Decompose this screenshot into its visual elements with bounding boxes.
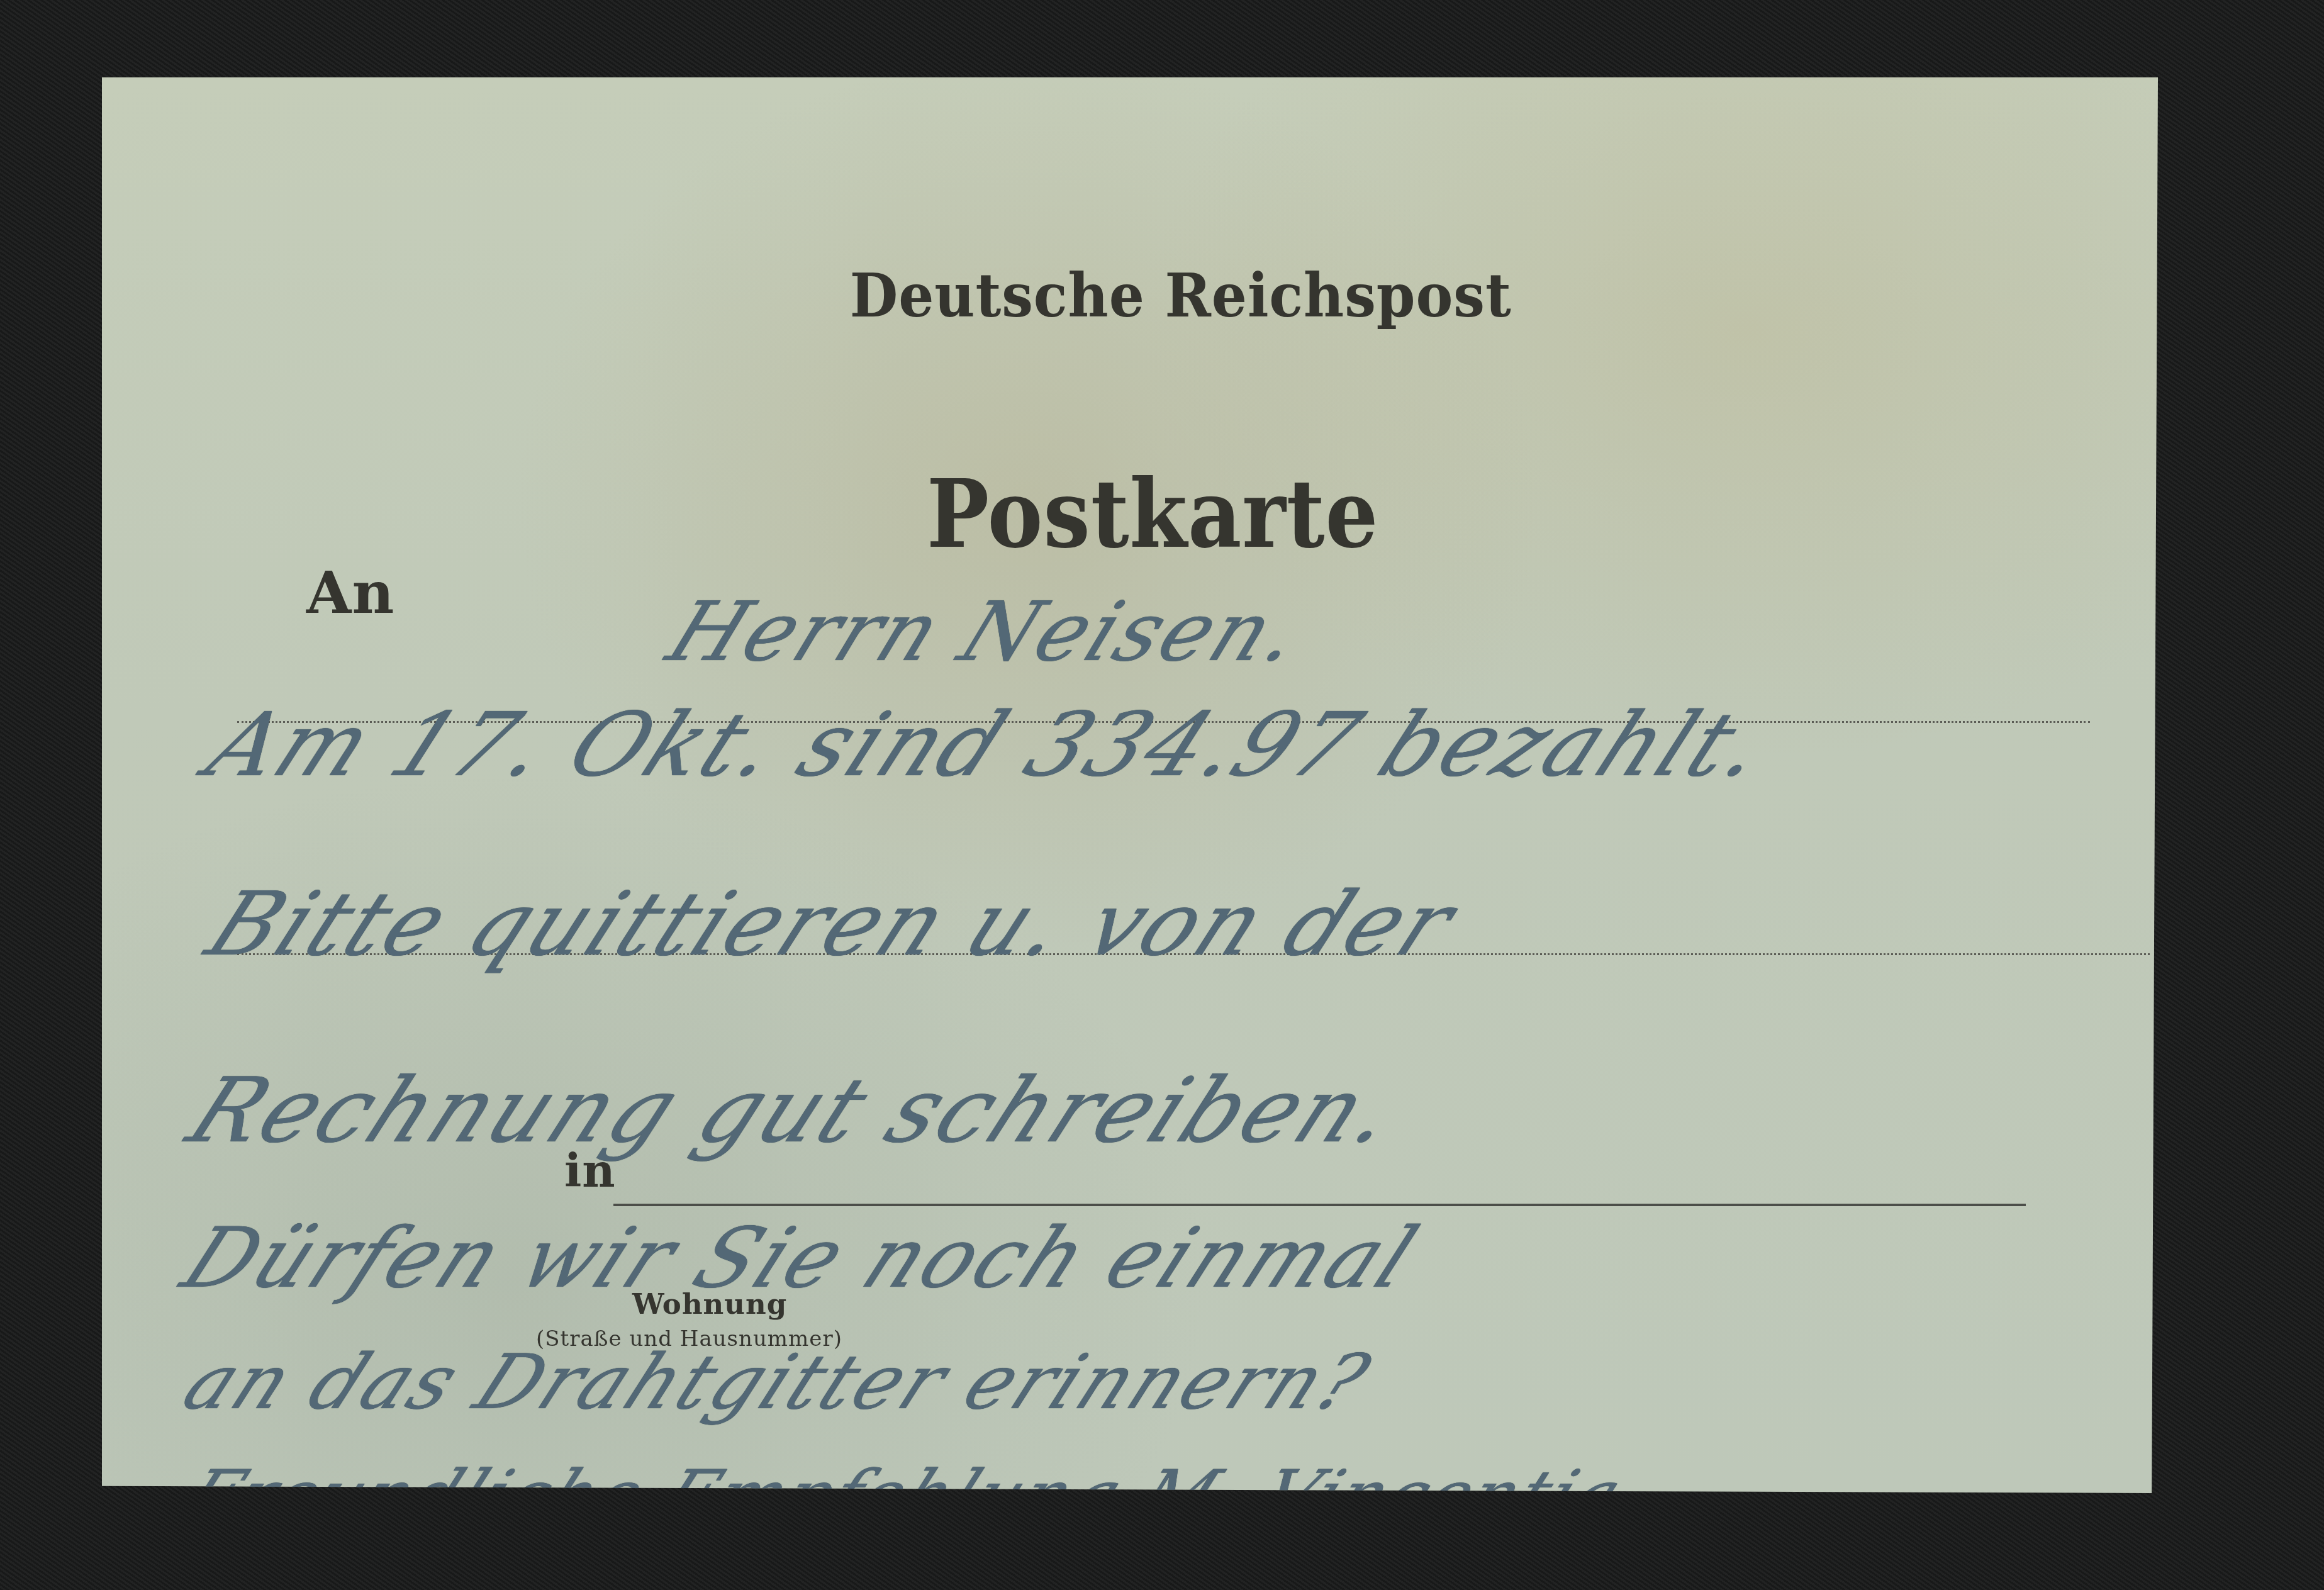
address-label: An [306, 559, 394, 627]
location-line [613, 1204, 2026, 1206]
postal-header: Deutsche Reichspost [850, 260, 1512, 331]
postcard-title: Postkarte [927, 459, 1378, 569]
handwritten-line: Rechnung gut schreiben. [173, 1059, 1416, 1163]
handwritten-line: Bitte quittieren u. von der [193, 873, 1472, 976]
postcard: Deutsche Reichspost Postkarte An in Wohn… [102, 77, 2158, 1493]
handwritten-line: Dürfen wir Sie noch einmal [169, 1210, 1433, 1307]
handwritten-line: Am 17. Okt. sind 334.97 bezahlt. [193, 694, 1785, 797]
handwritten-recipient: Herrn Neisen. [655, 584, 1318, 680]
handwritten-line: an das Drahtgitter erinnern? [170, 1339, 1384, 1426]
